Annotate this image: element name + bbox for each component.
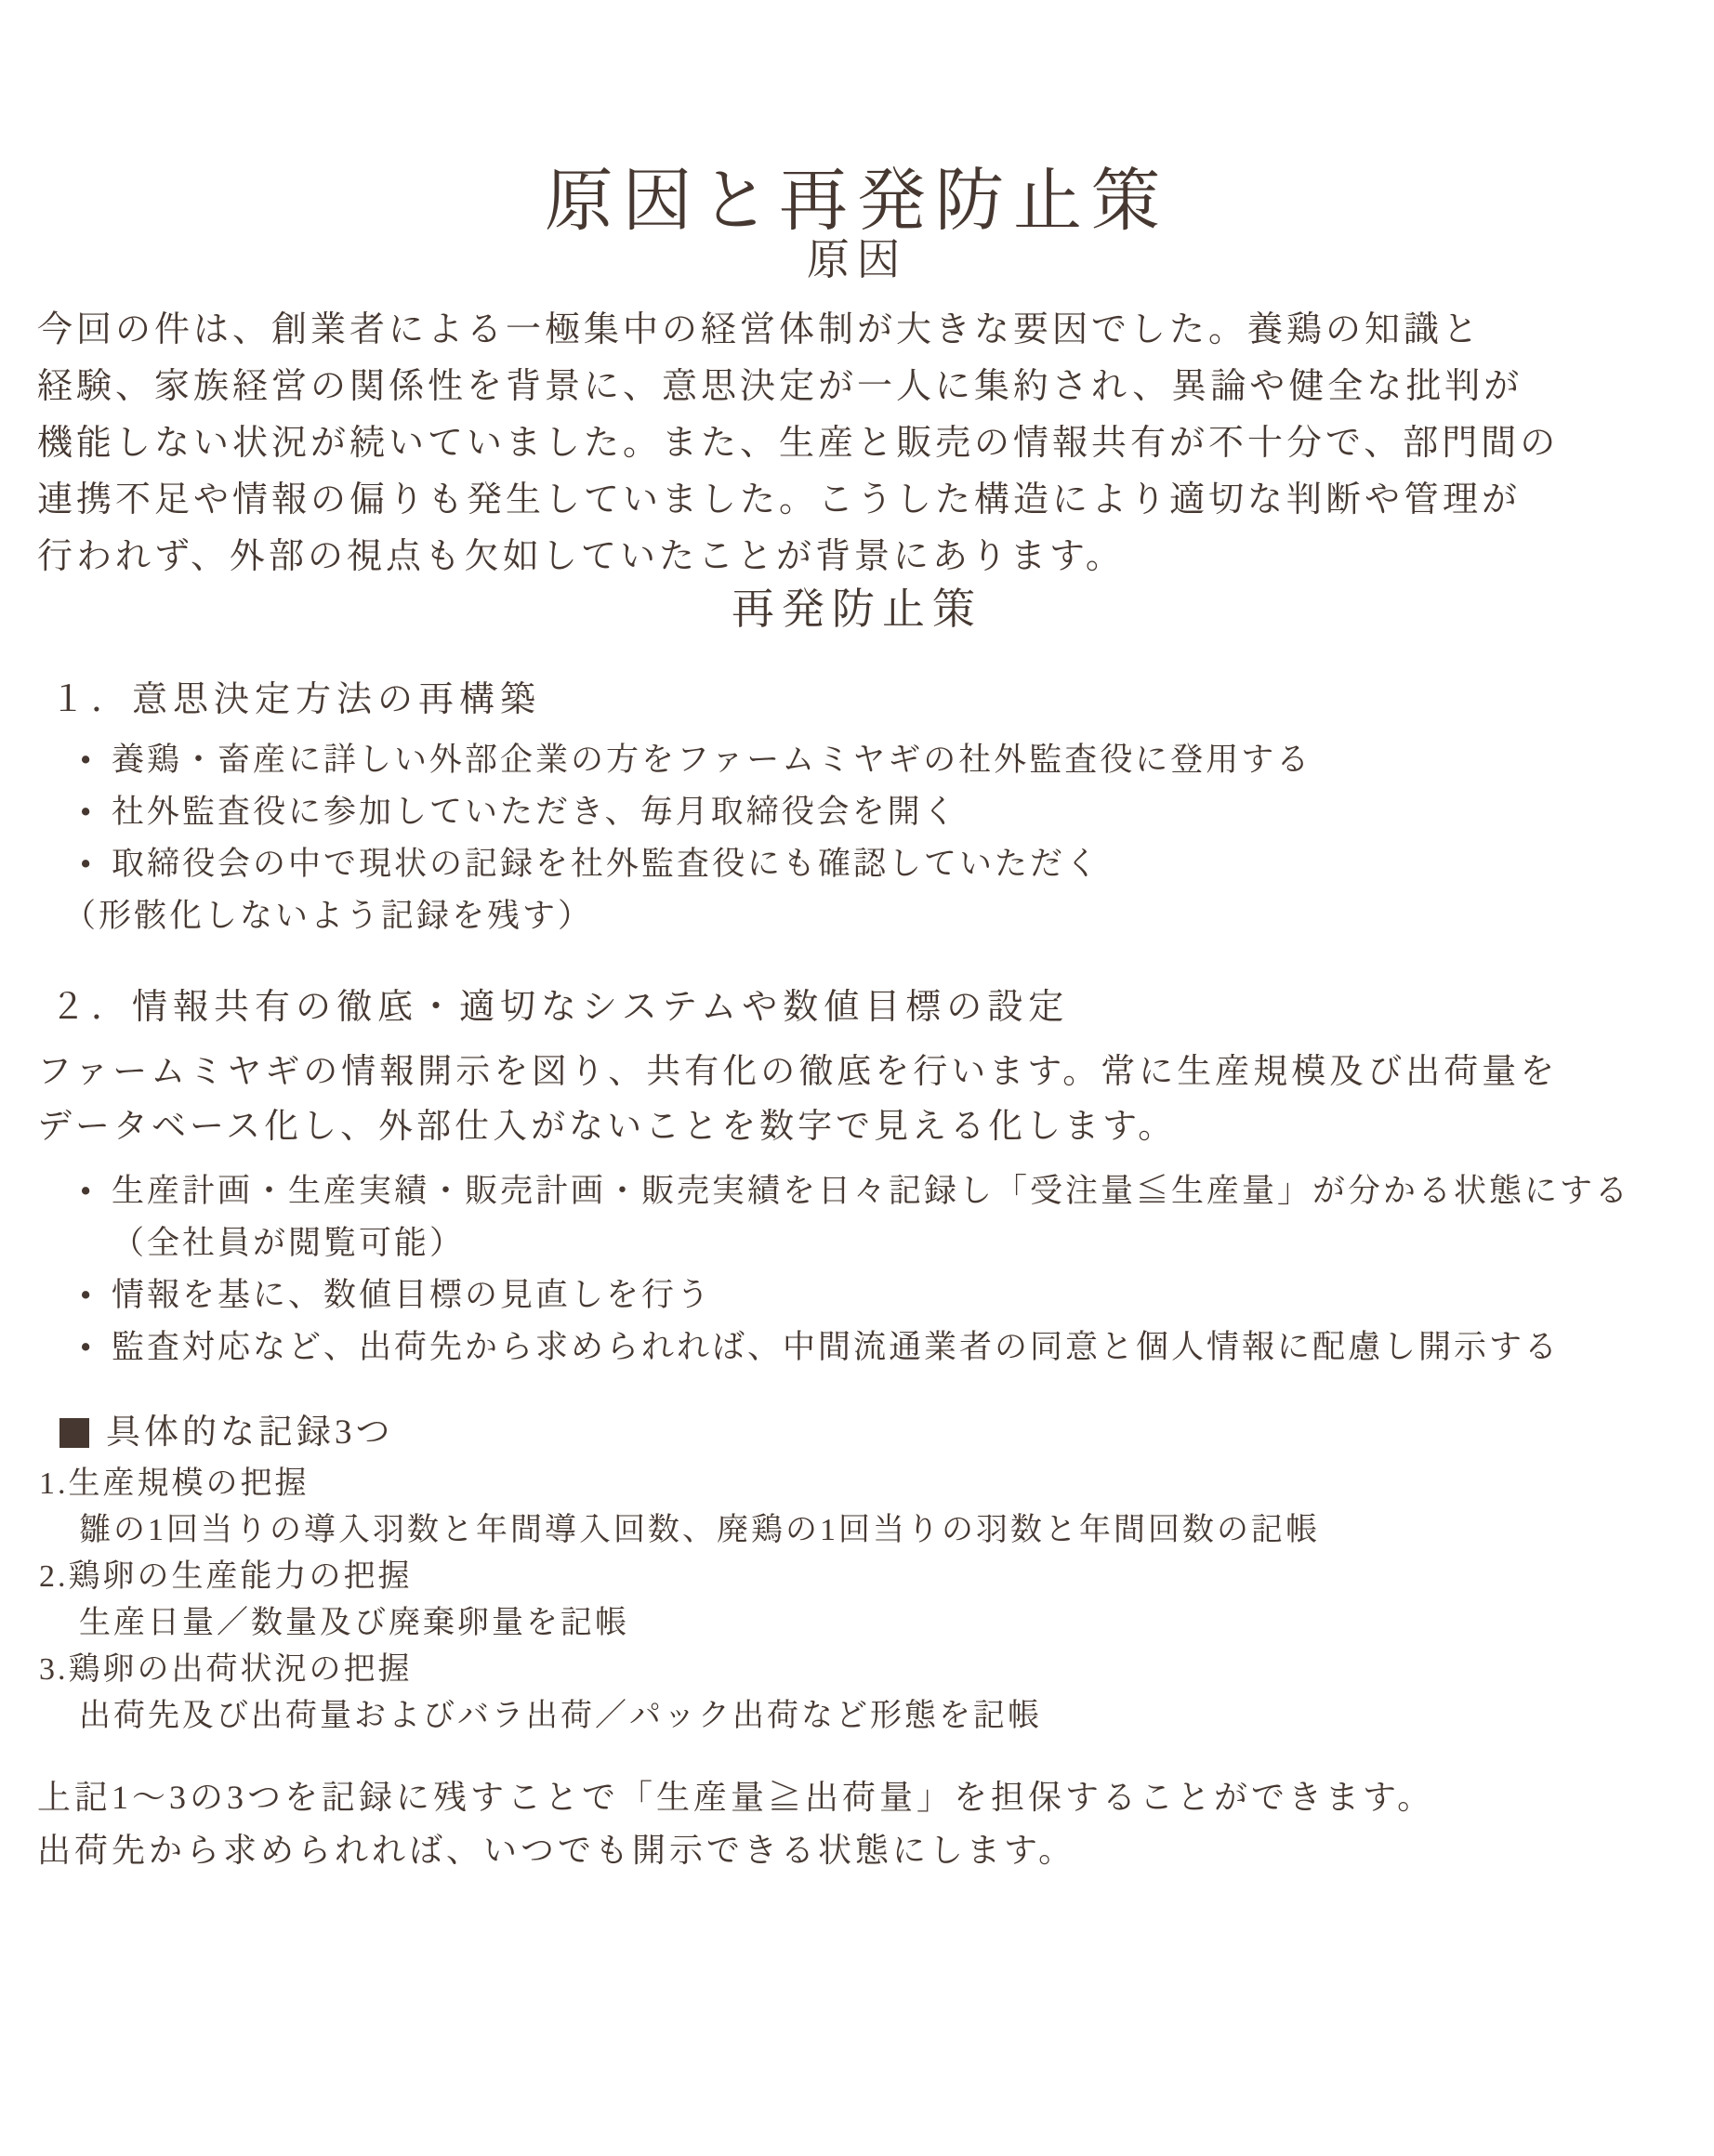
bullet-dot-icon: •: [80, 1269, 112, 1321]
list-item: • 情報を基に、数値目標の見直しを行う: [80, 1269, 1677, 1321]
paragraph-line: 上記1〜3の3つを記録に残すことで「生産量≧出荷量」を担保することができます。: [37, 1771, 1677, 1824]
list-item-text: 社外監査役に参加していただき、毎月取締役会を開く: [112, 786, 958, 838]
bullet-dot-icon: •: [80, 838, 112, 890]
section-2-bullet-list: • 生産計画・生産実績・販売計画・販売実績を日々記録し「受注量≦生産量」が分かる…: [37, 1165, 1677, 1374]
closing-paragraph: 上記1〜3の3つを記録に残すことで「生産量≧出荷量」を担保することができます。 …: [37, 1771, 1677, 1877]
paragraph-line: 出荷先から求められれば、いつでも開示できる状態にします。: [37, 1824, 1677, 1877]
list-item-text: 取締役会の中で現状の記録を社外監査役にも確認していただく: [112, 838, 1101, 890]
page-title: 原因と再発防止策: [37, 0, 1677, 236]
paragraph-line: 経験、家族経営の関係性を背景に、意思決定が一人に集約され、異論や健全な批判が: [37, 359, 1677, 415]
records-list: 1.生産規模の把握 雛の1回当りの導入羽数と年間導入回数、廃鶏の1回当りの羽数と…: [37, 1461, 1677, 1740]
record-item: 1.生産規模の把握 雛の1回当りの導入羽数と年間導入回数、廃鶏の1回当りの羽数と…: [37, 1461, 1677, 1554]
records-heading: 具体的な記録3つ: [59, 1413, 1677, 1453]
list-item: • 養鶏・畜産に詳しい外部企業の方をファームミヤギの社外監査役に登用する: [80, 734, 1677, 786]
records-heading-text: 具体的な記録3つ: [106, 1413, 394, 1453]
record-detail: 雛の1回当りの導入羽数と年間導入回数、廃鶏の1回当りの羽数と年間回数の記帳: [79, 1507, 1677, 1554]
bullet-dot-icon: •: [80, 1321, 112, 1374]
record-label: 3.鶏卵の出荷状況の把握: [39, 1647, 1677, 1693]
record-detail: 出荷先及び出荷量およびバラ出荷／パック出荷など形態を記帳: [79, 1693, 1677, 1740]
paragraph-line: 機能しない状況が続いていました。また、生産と販売の情報共有が不十分で、部門間の: [37, 415, 1677, 472]
section-1-heading: １．意思決定方法の再構築: [50, 677, 1677, 723]
list-item: • 社外監査役に参加していただき、毎月取締役会を開く: [80, 786, 1677, 838]
record-item: 2.鶏卵の生産能力の把握 生産日量／数量及び廃棄卵量を記帳: [37, 1554, 1677, 1647]
list-item: • 取締役会の中で現状の記録を社外監査役にも確認していただく: [80, 838, 1677, 890]
paragraph-line: ファームミヤギの情報開示を図り、共有化の徹底を行います。常に生産規模及び出荷量を: [37, 1045, 1677, 1099]
record-detail: 生産日量／数量及び廃棄卵量を記帳: [79, 1600, 1677, 1647]
list-item: • 生産計画・生産実績・販売計画・販売実績を日々記録し「受注量≦生産量」が分かる…: [80, 1165, 1677, 1269]
cause-heading: 原因: [37, 236, 1677, 285]
document-page: 原因と再発防止策 原因 今回の件は、創業者による一極集中の経営体制が大きな要因で…: [0, 0, 1714, 2156]
bullet-dot-icon: •: [80, 734, 112, 786]
bullet-dot-icon: •: [80, 786, 112, 838]
paragraph-line: 行われず、外部の視点も欠如していたことが背景にあります。: [37, 529, 1677, 585]
cause-paragraph: 今回の件は、創業者による一極集中の経営体制が大きな要因でした。養鶏の知識と 経験…: [37, 302, 1677, 585]
bullet-dot-icon: •: [80, 1165, 112, 1217]
section-2-intro: ファームミヤギの情報開示を図り、共有化の徹底を行います。常に生産規模及び出荷量を…: [37, 1045, 1677, 1154]
paragraph-line: 今回の件は、創業者による一極集中の経営体制が大きな要因でした。養鶏の知識と: [37, 302, 1677, 359]
paragraph-line: 連携不足や情報の偏りも発生していました。こうした構造により適切な判断や管理が: [37, 472, 1677, 529]
square-marker-icon: [59, 1418, 89, 1448]
list-item-text: 養鶏・畜産に詳しい外部企業の方をファームミヤギの社外監査役に登用する: [112, 734, 1312, 786]
paragraph-line: データベース化し、外部仕入がないことを数字で見える化します。: [37, 1099, 1677, 1154]
prevention-heading: 再発防止策: [37, 585, 1677, 635]
record-item: 3.鶏卵の出荷状況の把握 出荷先及び出荷量およびバラ出荷／パック出荷など形態を記…: [37, 1647, 1677, 1740]
section-1-bullet-list: • 養鶏・畜産に詳しい外部企業の方をファームミヤギの社外監査役に登用する • 社…: [37, 734, 1677, 890]
list-item-text: 生産計画・生産実績・販売計画・販売実績を日々記録し「受注量≦生産量」が分かる状態…: [112, 1165, 1677, 1269]
list-item: • 監査対応など、出荷先から求められれば、中間流通業者の同意と個人情報に配慮し開…: [80, 1321, 1677, 1374]
record-label: 1.生産規模の把握: [39, 1461, 1677, 1507]
section-1-note: （形骸化しないよう記録を残す）: [63, 890, 1677, 942]
list-item-text: 監査対応など、出荷先から求められれば、中間流通業者の同意と個人情報に配慮し開示す…: [112, 1321, 1560, 1374]
record-label: 2.鶏卵の生産能力の把握: [39, 1554, 1677, 1600]
section-2-heading: ２．情報共有の徹底・適切なシステムや数値目標の設定: [50, 985, 1677, 1031]
list-item-text: 情報を基に、数値目標の見直しを行う: [112, 1269, 712, 1321]
